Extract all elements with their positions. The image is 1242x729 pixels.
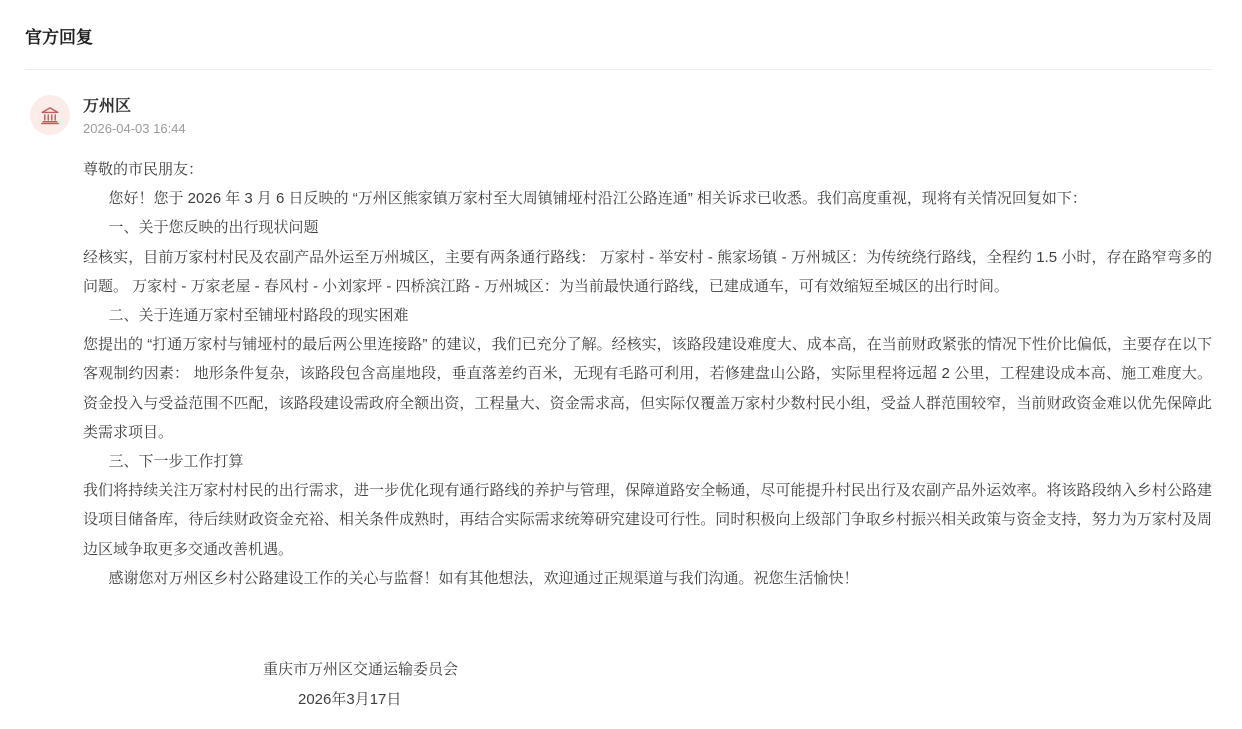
reply-paragraph: 感谢您对万州区乡村公路建设工作的关心与监督！如有其他想法，欢迎通过正规渠道与我们… <box>83 564 1212 593</box>
reply-paragraph: 经核实，目前万家村村民及农副产品外运至万州城区，主要有两条通行路线： 万家村 -… <box>83 243 1212 301</box>
signature-organization: 重庆市万州区交通运输委员会 <box>83 655 1212 685</box>
signature-date: 2026年3月17日 <box>83 685 1212 715</box>
reply-paragraph: 三、下一步工作打算 <box>83 447 1212 476</box>
reply-content: 万州区 2026-04-03 16:44 尊敬的市民朋友：您好！您于 2026 … <box>83 95 1212 715</box>
reply-paragraph: 一、关于您反映的出行现状问题 <box>83 213 1212 242</box>
official-reply-page: 官方回复 万州区 2026-04-03 16:44 尊敬的市民朋友：您好！您于 … <box>0 0 1242 729</box>
reply-body: 尊敬的市民朋友：您好！您于 2026 年 3 月 6 日反映的 “万州区熊家镇万… <box>83 155 1212 593</box>
reply-paragraph: 您提出的 “打通万家村与铺垭村的最后两公里连接路” 的建议，我们已充分了解。经核… <box>83 330 1212 447</box>
signature-block: 重庆市万州区交通运输委员会 2026年3月17日 <box>83 655 1212 715</box>
page-title: 官方回复 <box>25 0 1212 49</box>
reply-item: 万州区 2026-04-03 16:44 尊敬的市民朋友：您好！您于 2026 … <box>25 95 1212 715</box>
reply-paragraph: 二、关于连通万家村至铺垭村路段的现实困难 <box>83 301 1212 330</box>
header-divider <box>25 69 1212 70</box>
reply-author: 万州区 <box>83 97 1212 116</box>
reply-timestamp: 2026-04-03 16:44 <box>83 121 1212 137</box>
reply-paragraph: 尊敬的市民朋友： <box>83 155 1212 184</box>
avatar <box>30 95 70 135</box>
reply-paragraph: 我们将持续关注万家村村民的出行需求，进一步优化现有通行路线的养护与管理，保障道路… <box>83 476 1212 564</box>
reply-paragraph: 您好！您于 2026 年 3 月 6 日反映的 “万州区熊家镇万家村至大周镇铺垭… <box>83 184 1212 213</box>
bank-icon <box>39 104 61 126</box>
